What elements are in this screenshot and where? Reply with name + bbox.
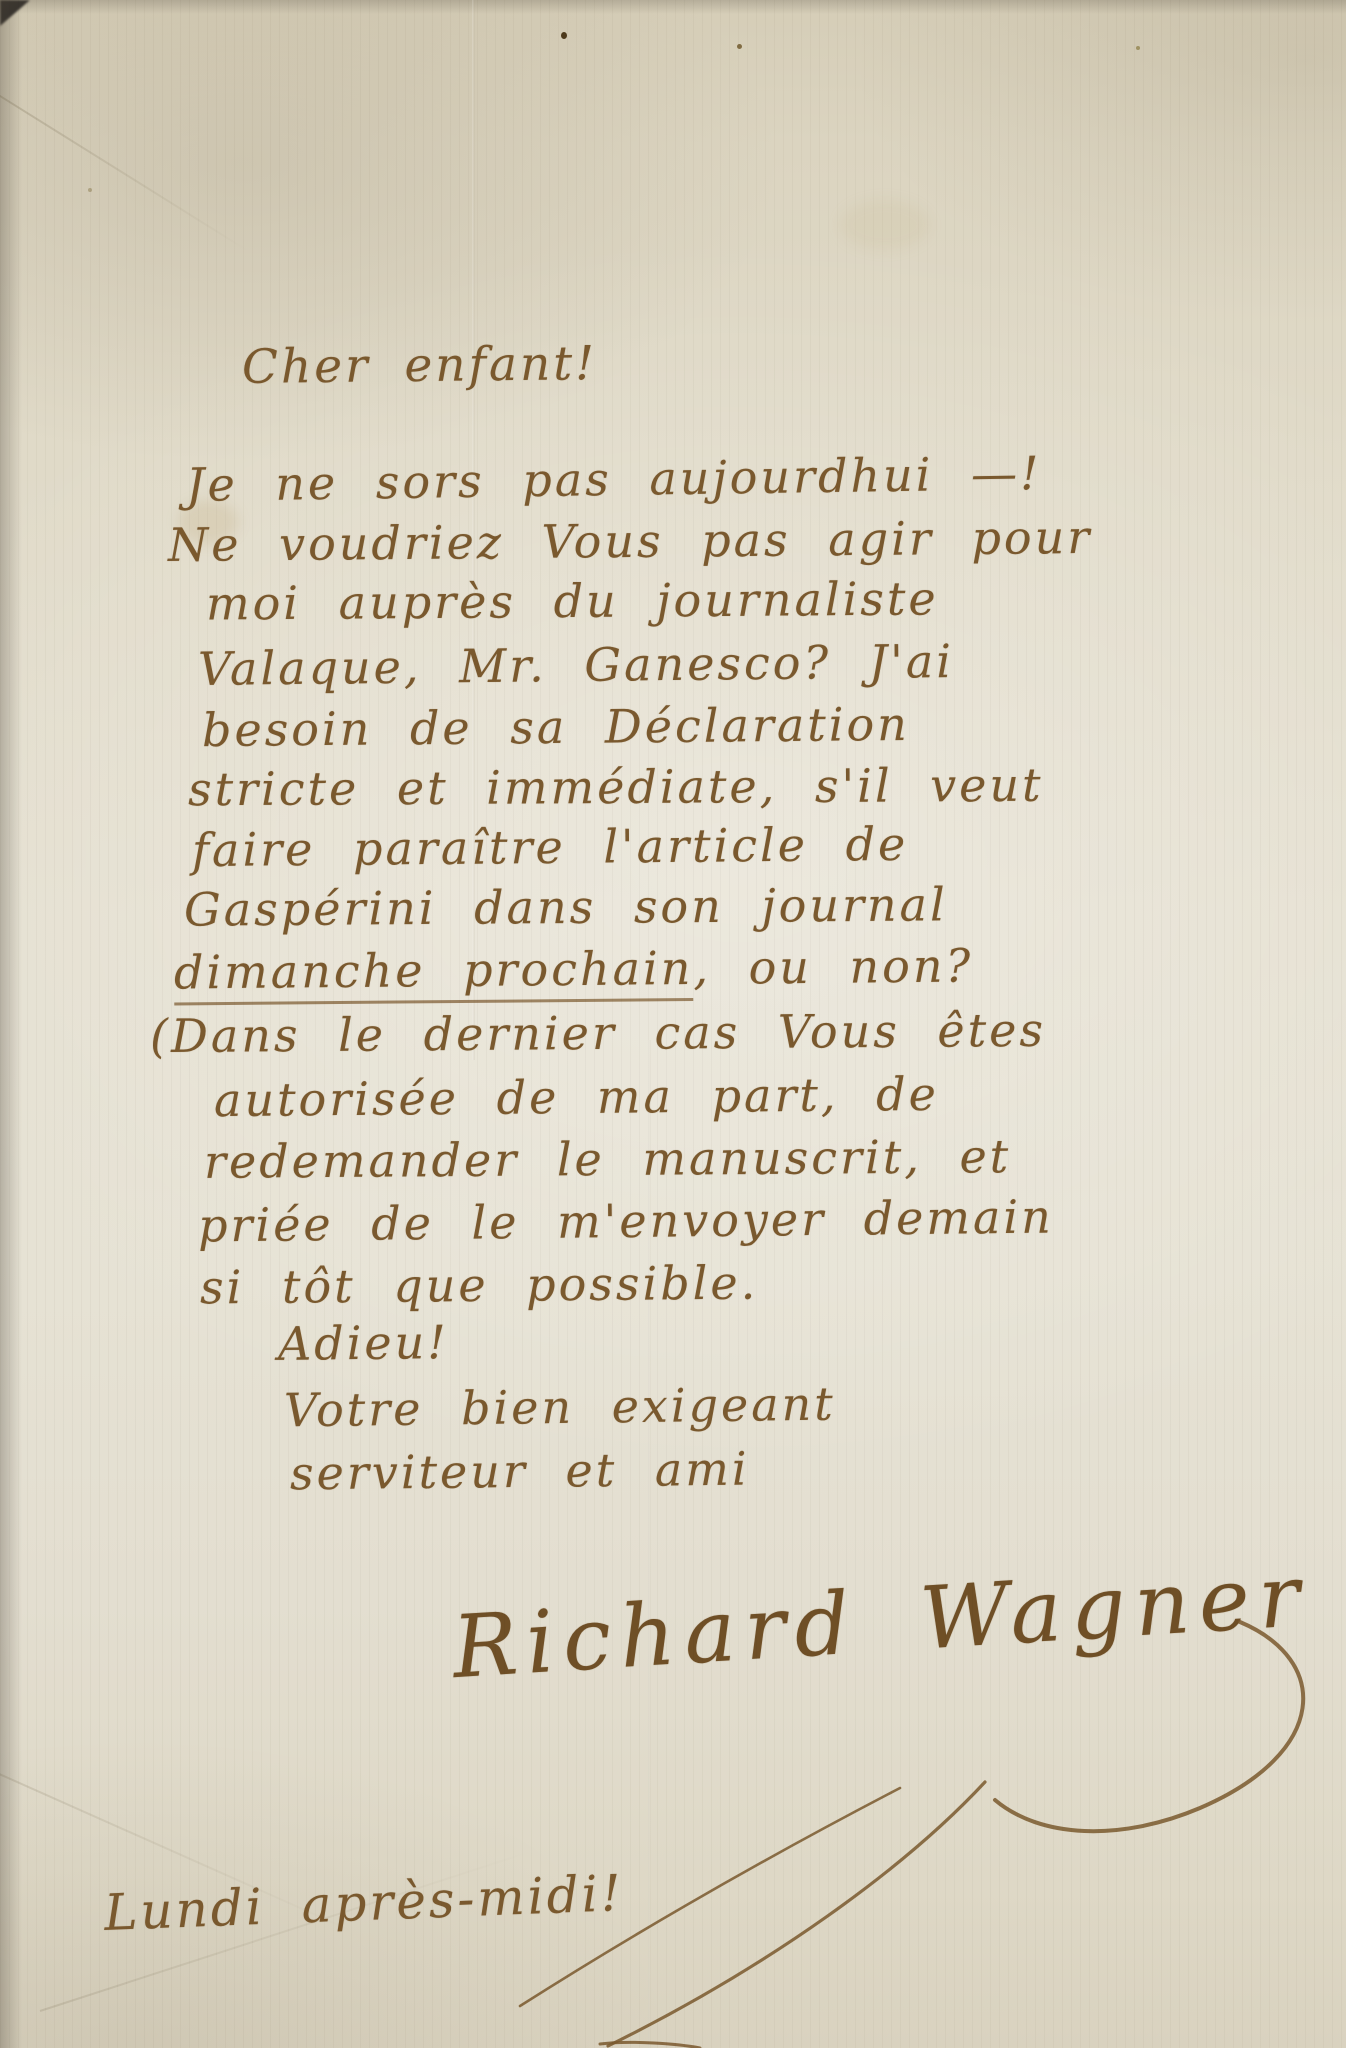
letter-line-rest: , ou non? bbox=[693, 939, 973, 995]
letter-line: Je ne sors pas aujourdhui —! bbox=[186, 446, 1042, 512]
letter-line: priée de le m'envoyer demain bbox=[198, 1190, 1054, 1253]
ink-speck bbox=[1136, 46, 1140, 50]
salutation-line: Cher enfant! bbox=[242, 336, 598, 395]
letter-line: Adieu! bbox=[278, 1315, 449, 1371]
letter-line: stricte et immédiate, s'il veut bbox=[188, 758, 1044, 816]
letter-line: besoin de sa Déclaration bbox=[202, 697, 910, 757]
letter-line: autorisée de ma part, de bbox=[214, 1067, 939, 1127]
letter-line: dimanche prochain, ou non? bbox=[174, 939, 974, 1000]
paper-left-edge bbox=[0, 0, 26, 2048]
paper-crease bbox=[648, 1040, 651, 2048]
paper-stain bbox=[840, 200, 930, 250]
letter-line: moi auprès du journaliste bbox=[206, 571, 939, 630]
letter-line: serviteur et ami bbox=[290, 1442, 750, 1501]
letter-line: Ne voudriez Vous pas agir pour bbox=[168, 510, 1093, 572]
letter-line: faire paraître l'article de bbox=[192, 817, 909, 877]
letter-line: Valaque, Mr. Ganesco? J'ai bbox=[198, 634, 954, 696]
letter-line: Votre bien exigeant bbox=[284, 1377, 836, 1438]
letter-line: (Dans le dernier cas Vous êtes bbox=[150, 1003, 1046, 1063]
letter-line: si tôt que possible. bbox=[200, 1256, 759, 1315]
letter-line: redemander le manuscrit, et bbox=[204, 1129, 1012, 1189]
letter-line: Gaspérini dans son journal bbox=[184, 877, 948, 936]
underlined-words: dimanche prochain bbox=[174, 941, 694, 1006]
paper-crease bbox=[0, 70, 249, 252]
ink-speck bbox=[88, 188, 92, 192]
paper-top-edge bbox=[0, 0, 1346, 14]
ink-speck bbox=[561, 32, 567, 39]
dateline: Lundi après-midi! bbox=[103, 1864, 625, 1942]
letter-paper: Cher enfant! Je ne sors pas aujourdhui —… bbox=[0, 0, 1346, 2048]
ink-speck bbox=[737, 44, 742, 49]
signature: Richard Wagner bbox=[450, 1546, 1312, 1698]
